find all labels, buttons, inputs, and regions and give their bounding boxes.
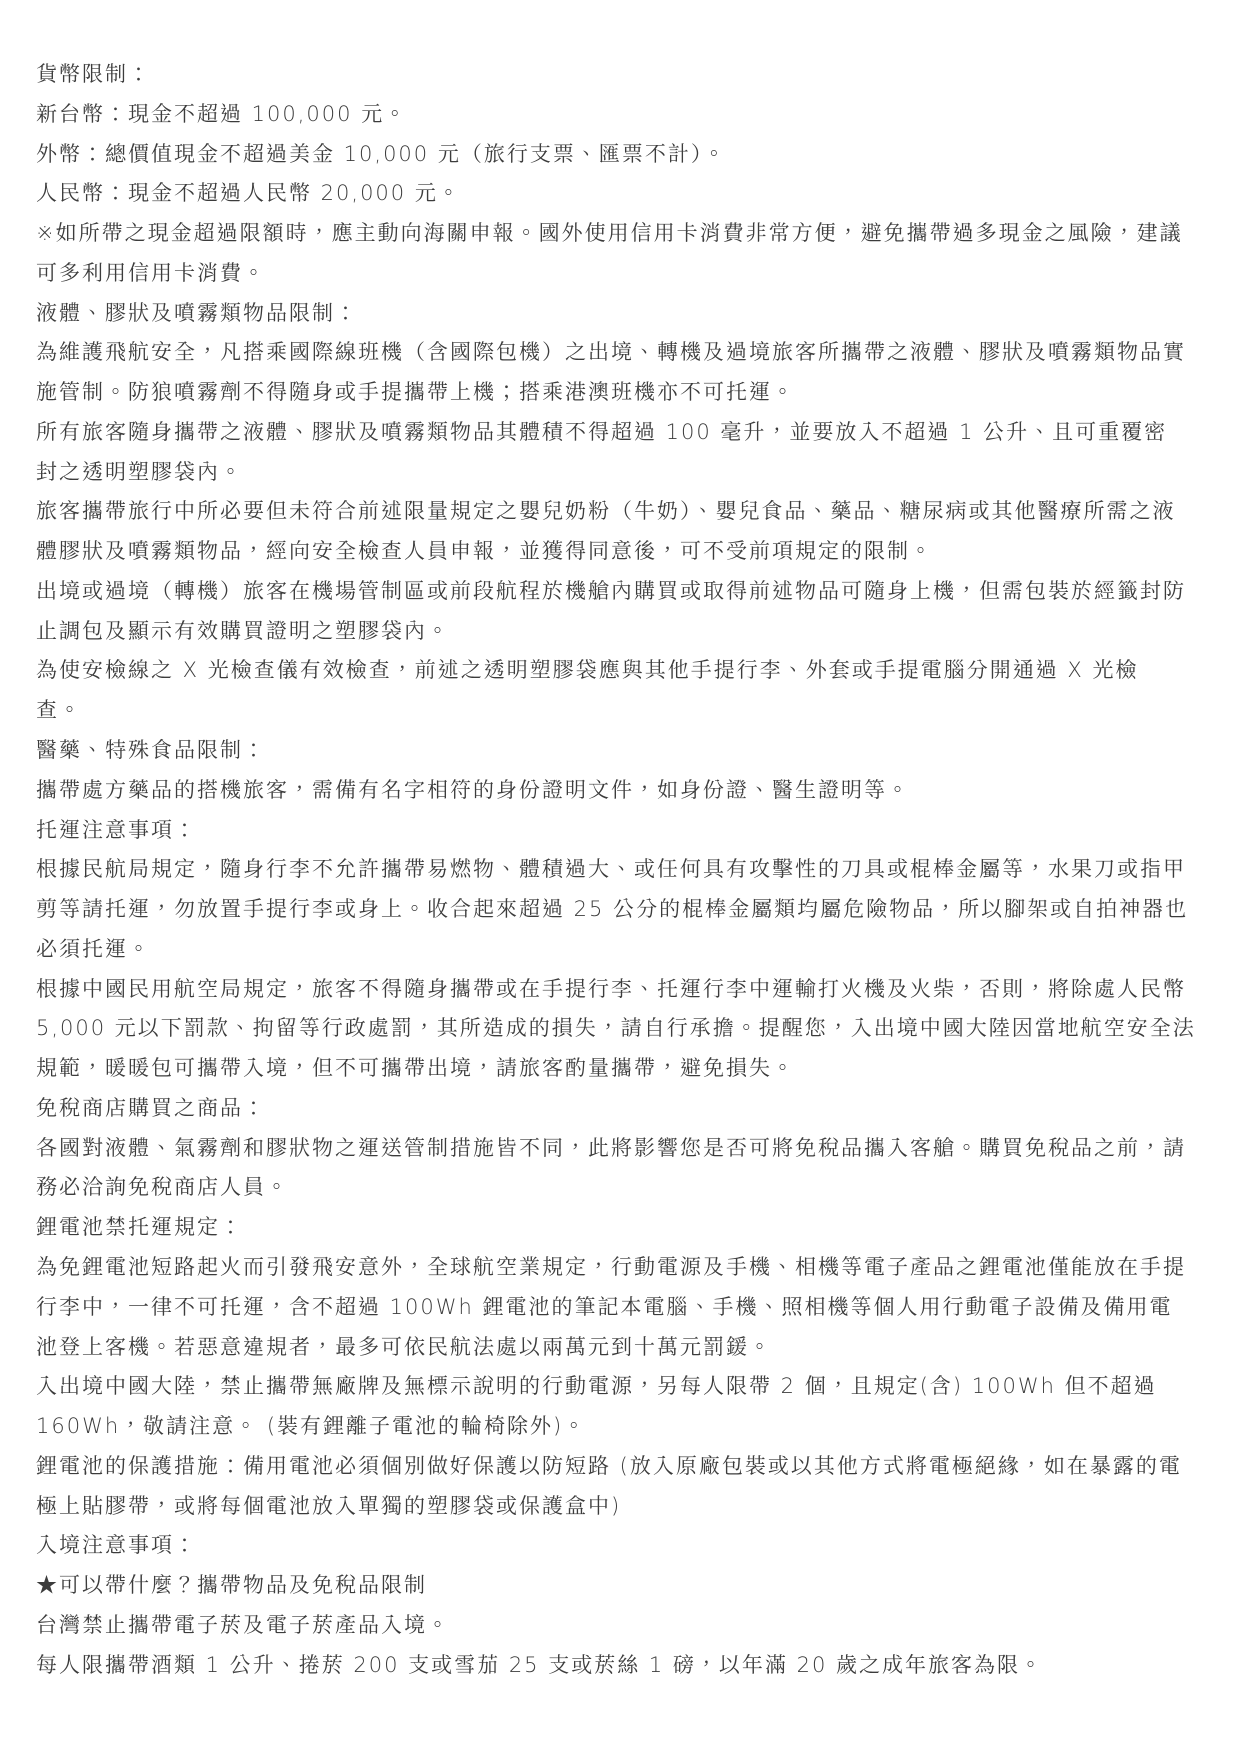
text-line: 查。 xyxy=(36,691,1206,731)
paragraph-checked-baggage-heading: 托運注意事項： xyxy=(36,811,1206,851)
text-line: 根據民航局規定，隨身行李不允許攜帶易燃物、體積過大、或任何具有攻擊性的刀具或棍棒… xyxy=(36,850,1206,890)
section-heading: 免稅商店購買之商品： xyxy=(36,1089,1206,1129)
section-heading: 貨幣限制： xyxy=(36,55,1206,95)
text-line: 為維護飛航安全，凡搭乘國際線班機（含國際包機）之出境、轉機及過境旅客所攜帶之液體… xyxy=(36,333,1206,373)
paragraph-liquids-volume-rule: 所有旅客隨身攜帶之液體、膠狀及噴霧類物品其體積不得超過 100 毫升，並要放入不… xyxy=(36,413,1206,493)
text-line: ※如所帶之現金超過限額時，應主動向海關申報。國外使用信用卡消費非常方便，避免攜帶… xyxy=(36,214,1206,254)
paragraph-duty-free-sealed-bag: 出境或過境（轉機）旅客在機場管制區或前段航程於機艙內購買或取得前述物品可隨身上機… xyxy=(36,572,1206,652)
paragraph-alcohol-tobacco-limit: 每人限攜帶酒類 1 公升、捲菸 200 支或雪茄 25 支或菸絲 1 磅，以年滿… xyxy=(36,1646,1206,1686)
text-line: 入出境中國大陸，禁止攜帶無廠牌及無標示說明的行動電源，另每人限帶 2 個，且規定… xyxy=(36,1367,1206,1407)
text-line: 外幣：總價值現金不超過美金 10,000 元（旅行支票、匯票不計）。 xyxy=(36,135,1206,175)
paragraph-medicine-heading: 醫藥、特殊食品限制： xyxy=(36,731,1206,771)
text-line: 施管制。防狼噴霧劑不得隨身或手提攜帶上機；搭乘港澳班機亦不可托運。 xyxy=(36,373,1206,413)
text-line: 出境或過境（轉機）旅客在機場管制區或前段航程於機艙內購買或取得前述物品可隨身上機… xyxy=(36,572,1206,612)
paragraph-rmb-limit: 人民幣：現金不超過人民幣 20,000 元。 xyxy=(36,174,1206,214)
section-heading: 鋰電池禁托運規定： xyxy=(36,1208,1206,1248)
paragraph-prescription-id: 攜帶處方藥品的搭機旅客，需備有名字相符的身份證明文件，如身份證、醫生證明等。 xyxy=(36,771,1206,811)
text-line: 攜帶處方藥品的搭機旅客，需備有名字相符的身份證明文件，如身份證、醫生證明等。 xyxy=(36,771,1206,811)
text-line: 新台幣：現金不超過 100,000 元。 xyxy=(36,95,1206,135)
text-line: 體膠狀及噴霧類物品，經向安全檢查人員申報，並獲得同意後，可不受前項規定的限制。 xyxy=(36,532,1206,572)
paragraph-liquids-heading: 液體、膠狀及噴霧類物品限制： xyxy=(36,294,1206,334)
text-line: 人民幣：現金不超過人民幣 20,000 元。 xyxy=(36,174,1206,214)
paragraph-battery-protection: 鋰電池的保護措施：備用電池必須個別做好保護以防短路 (放入原廠包裝或以其他方式將… xyxy=(36,1447,1206,1527)
text-line: 鋰電池的保護措施：備用電池必須個別做好保護以防短路 (放入原廠包裝或以其他方式將… xyxy=(36,1447,1206,1487)
paragraph-liquids-exceptions: 旅客攜帶旅行中所必要但未符合前述限量規定之嬰兒奶粉（牛奶）、嬰兒食品、藥品、糖尿… xyxy=(36,492,1206,572)
text-line: 台灣禁止攜帶電子菸及電子菸產品入境。 xyxy=(36,1606,1206,1646)
paragraph-xray-screening: 為使安檢線之 X 光檢查儀有效檢查，前述之透明塑膠袋應與其他手提行李、外套或手提… xyxy=(36,651,1206,731)
text-line: 可多利用信用卡消費。 xyxy=(36,254,1206,294)
paragraph-caa-rules: 根據民航局規定，隨身行李不允許攜帶易燃物、體積過大、或任何具有攻擊性的刀具或棍棒… xyxy=(36,850,1206,969)
text-line: 各國對液體、氣霧劑和膠狀物之運送管制措施皆不同，此將影響您是否可將免稅品攜入客艙… xyxy=(36,1129,1206,1169)
paragraph-china-caac-rules: 根據中國民用航空局規定，旅客不得隨身攜帶或在手提行李、托運行李中運輸打火機及火柴… xyxy=(36,970,1206,1089)
paragraph-duty-free-rules: 各國對液體、氣霧劑和膠狀物之運送管制措施皆不同，此將影響您是否可將免稅品攜入客艙… xyxy=(36,1129,1206,1209)
paragraph-lithium-battery-rules: 為免鋰電池短路起火而引發飛安意外，全球航空業規定，行動電源及手機、相機等電子產品… xyxy=(36,1248,1206,1367)
text-line: 剪等請托運，勿放置手提行李或身上。收合起來超過 25 公分的棍棒金屬類均屬危險物… xyxy=(36,890,1206,930)
text-line: 每人限攜帶酒類 1 公升、捲菸 200 支或雪茄 25 支或菸絲 1 磅，以年滿… xyxy=(36,1646,1206,1686)
paragraph-duty-free-heading: 免稅商店購買之商品： xyxy=(36,1089,1206,1129)
text-line: 所有旅客隨身攜帶之液體、膠狀及噴霧類物品其體積不得超過 100 毫升，並要放入不… xyxy=(36,413,1206,453)
paragraph-twd-limit: 新台幣：現金不超過 100,000 元。 xyxy=(36,95,1206,135)
text-line: 止調包及顯示有效購買證明之塑膠袋內。 xyxy=(36,612,1206,652)
section-heading: 入境注意事項： xyxy=(36,1526,1206,1566)
paragraph-liquids-control: 為維護飛航安全，凡搭乘國際線班機（含國際包機）之出境、轉機及過境旅客所攜帶之液體… xyxy=(36,333,1206,413)
section-heading: 液體、膠狀及噴霧類物品限制： xyxy=(36,294,1206,334)
text-line: 務必洽詢免稅商店人員。 xyxy=(36,1168,1206,1208)
text-line: 為免鋰電池短路起火而引發飛安意外，全球航空業規定，行動電源及手機、相機等電子產品… xyxy=(36,1248,1206,1288)
paragraph-ecigarette-ban: 台灣禁止攜帶電子菸及電子菸產品入境。 xyxy=(36,1606,1206,1646)
section-heading: 醫藥、特殊食品限制： xyxy=(36,731,1206,771)
paragraph-what-to-bring-heading: ★可以帶什麼？攜帶物品及免稅品限制 xyxy=(36,1566,1206,1606)
travel-notice-document: 貨幣限制： 新台幣：現金不超過 100,000 元。 外幣：總價值現金不超過美金… xyxy=(36,55,1206,1685)
text-line: 池登上客機。若惡意違規者，最多可依民航法處以兩萬元到十萬元罰鍰。 xyxy=(36,1328,1206,1368)
text-line: 規範，暖暖包可攜帶入境，但不可攜帶出境，請旅客酌量攜帶，避免損失。 xyxy=(36,1049,1206,1089)
paragraph-foreign-currency-limit: 外幣：總價值現金不超過美金 10,000 元（旅行支票、匯票不計）。 xyxy=(36,135,1206,175)
text-line: 5,000 元以下罰款、拘留等行政處罰，其所造成的損失，請自行承擔。提醒您，入出… xyxy=(36,1009,1206,1049)
section-heading: 托運注意事項： xyxy=(36,811,1206,851)
paragraph-arrival-heading: 入境注意事項： xyxy=(36,1526,1206,1566)
text-line: 行李中，一律不可托運，含不超過 100Wh 鋰電池的筆記本電腦、手機、照相機等個… xyxy=(36,1288,1206,1328)
paragraph-lithium-battery-heading: 鋰電池禁托運規定： xyxy=(36,1208,1206,1248)
text-line: 旅客攜帶旅行中所必要但未符合前述限量規定之嬰兒奶粉（牛奶）、嬰兒食品、藥品、糖尿… xyxy=(36,492,1206,532)
text-line: 必須托運。 xyxy=(36,930,1206,970)
paragraph-currency-limit: 貨幣限制： xyxy=(36,55,1206,95)
paragraph-customs-declare-note: ※如所帶之現金超過限額時，應主動向海關申報。國外使用信用卡消費非常方便，避免攜帶… xyxy=(36,214,1206,294)
section-heading: ★可以帶什麼？攜帶物品及免稅品限制 xyxy=(36,1566,1206,1606)
paragraph-powerbank-china-rules: 入出境中國大陸，禁止攜帶無廠牌及無標示說明的行動電源，另每人限帶 2 個，且規定… xyxy=(36,1367,1206,1447)
text-line: 根據中國民用航空局規定，旅客不得隨身攜帶或在手提行李、托運行李中運輸打火機及火柴… xyxy=(36,970,1206,1010)
text-line: 極上貼膠帶，或將每個電池放入單獨的塑膠袋或保護盒中) xyxy=(36,1487,1206,1527)
text-line: 160Wh，敬請注意。 (裝有鋰離子電池的輪椅除外)。 xyxy=(36,1407,1206,1447)
text-line: 為使安檢線之 X 光檢查儀有效檢查，前述之透明塑膠袋應與其他手提行李、外套或手提… xyxy=(36,651,1206,691)
text-line: 封之透明塑膠袋內。 xyxy=(36,453,1206,493)
